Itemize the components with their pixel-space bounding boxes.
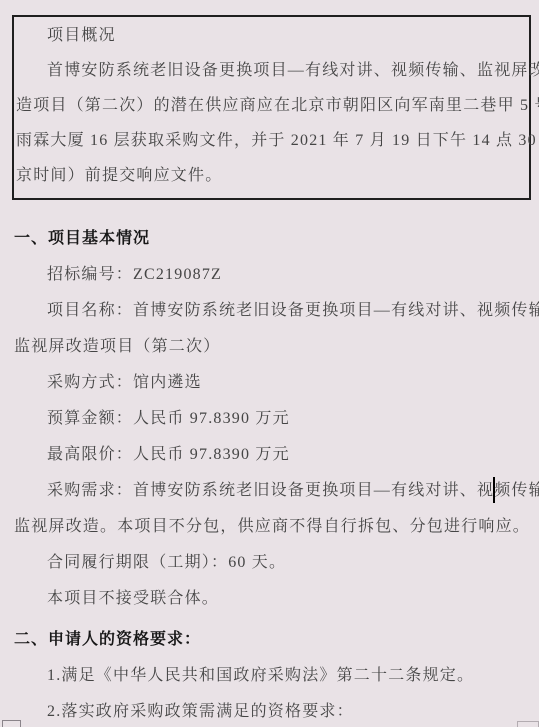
field-tender-number[interactable]: 招标编号：ZC219087Z [14,257,533,293]
qualification-item-2[interactable]: 2.落实政府采购政策需满足的资格要求： [14,694,533,727]
demand-text-before-caret: 采购需求：首博安防系统老旧设备更换项目—有线对讲、视 [47,482,494,499]
overview-line[interactable]: 京时间）前提交响应文件。 [16,158,527,193]
partial-box-artifact-left [2,720,21,727]
field-max-price[interactable]: 最高限价：人民币 97.8390 万元 [14,437,533,473]
demand-text-after-caret: 频传输、 [494,482,539,499]
field-procurement-method[interactable]: 采购方式：馆内遴选 [14,365,533,401]
overview-line[interactable]: 首博安防系统老旧设备更换项目—有线对讲、视频传输、监视屏改 [16,53,527,88]
document-body: 一、项目基本情况 招标编号：ZC219087Z 项目名称：首博安防系统老旧设备更… [0,221,539,727]
overview-box: 项目概况 首博安防系统老旧设备更换项目—有线对讲、视频传输、监视屏改 造项目（第… [12,15,531,200]
field-budget-amount[interactable]: 预算金额：人民币 97.8390 万元 [14,401,533,437]
partial-box-artifact-right [517,721,539,727]
section2-heading[interactable]: 二、申请人的资格要求： [14,622,533,658]
field-procurement-demand-continued[interactable]: 监视屏改造。本项目不分包，供应商不得自行拆包、分包进行响应。 [14,509,533,545]
field-procurement-demand[interactable]: 采购需求：首博安防系统老旧设备更换项目—有线对讲、视频传输、 [14,473,533,509]
field-no-consortium[interactable]: 本项目不接受联合体。 [14,581,533,617]
overview-line[interactable]: 雨霖大厦 16 层获取采购文件，并于 2021 年 7 月 19 日下午 14 … [16,123,527,158]
field-project-name-continued[interactable]: 监视屏改造项目（第二次） [14,329,533,365]
text-caret [493,477,495,503]
qualification-item-1[interactable]: 1.满足《中华人民共和国政府采购法》第二十二条规定。 [14,658,533,694]
section1-heading[interactable]: 一、项目基本情况 [14,221,533,257]
field-project-name[interactable]: 项目名称：首博安防系统老旧设备更换项目—有线对讲、视频传输、 [14,293,533,329]
document-page[interactable]: 项目概况 首博安防系统老旧设备更换项目—有线对讲、视频传输、监视屏改 造项目（第… [0,0,539,727]
overview-title[interactable]: 项目概况 [16,18,527,53]
field-contract-period[interactable]: 合同履行期限（工期）：60 天。 [14,545,533,581]
overview-line[interactable]: 造项目（第二次）的潜在供应商应在北京市朝阳区向军南里二巷甲 5 号 [16,88,527,123]
